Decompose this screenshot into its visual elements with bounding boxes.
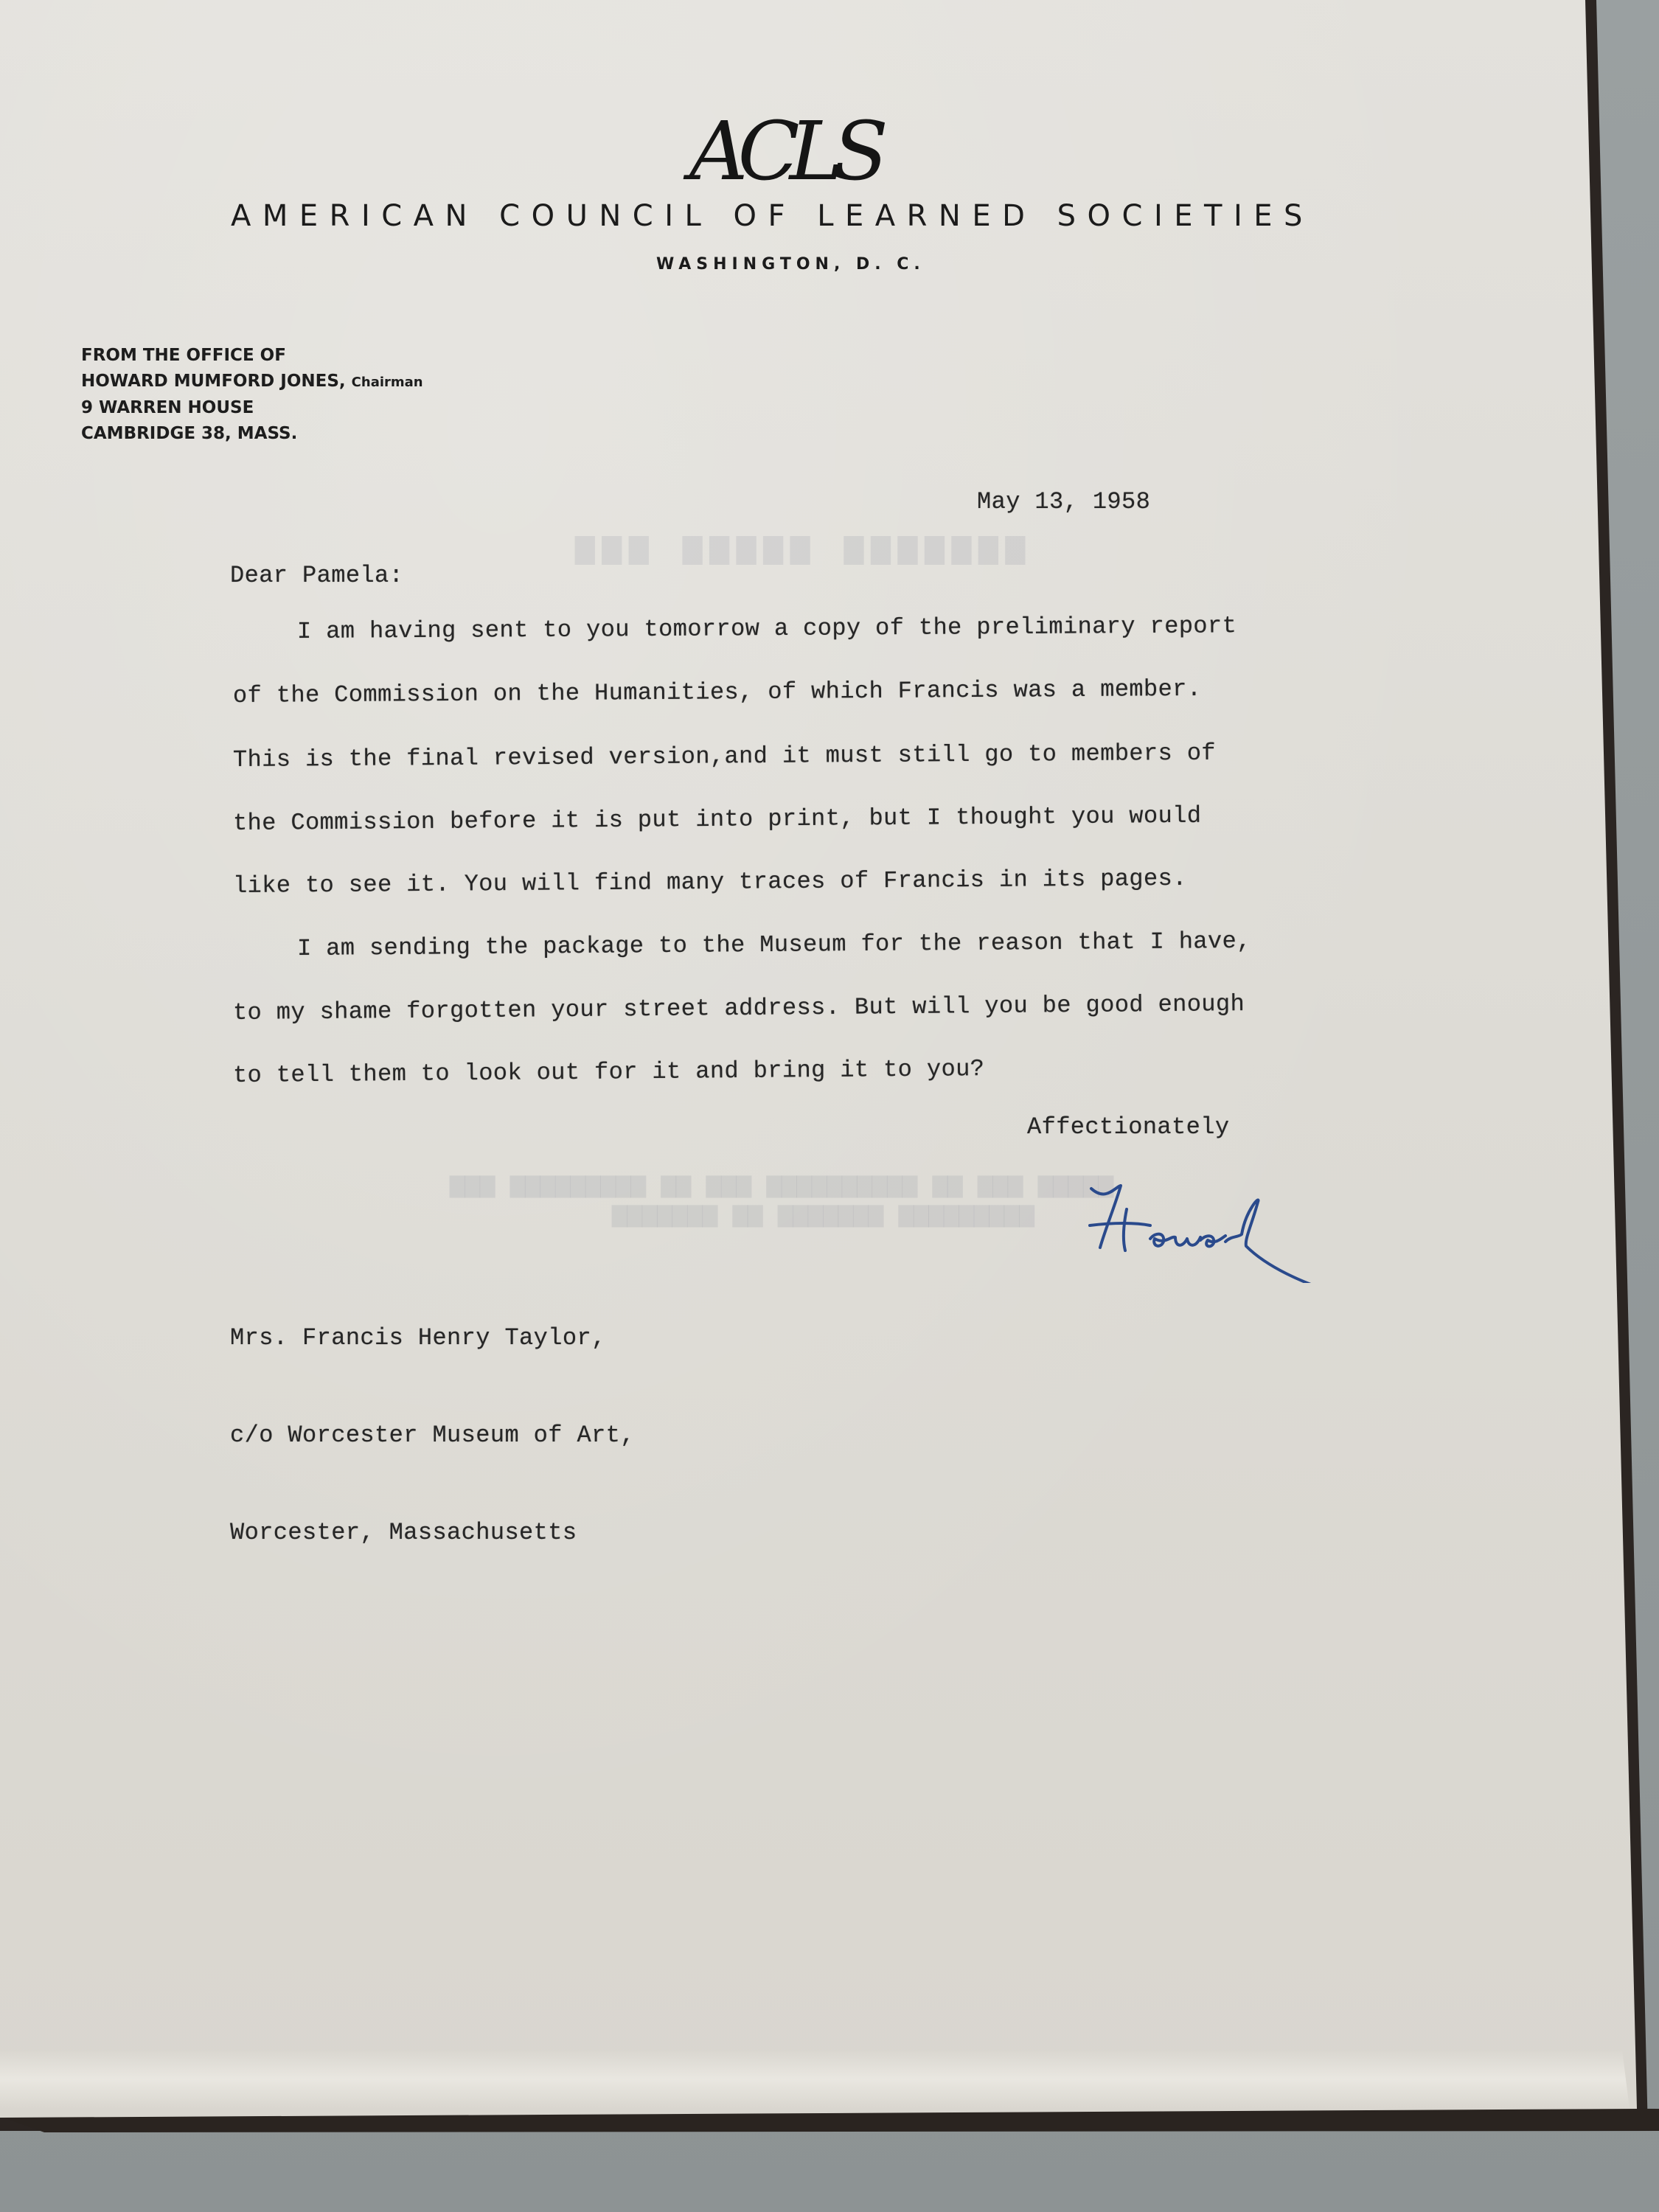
recipient-line: Mrs. Francis Henry Taylor, (230, 1322, 635, 1354)
organization-name: AMERICAN COUNCIL OF LEARNED SOCIETIES (231, 199, 1366, 233)
recipient-line: Worcester, Massachusetts (230, 1517, 635, 1549)
letter-date: May 13, 1958 (977, 488, 1150, 515)
recipient-address: Mrs. Francis Henry Taylor, c/o Worcester… (230, 1257, 635, 1582)
bleed-through: ▆▆▆ ▆▆▆▆▆▆▆▆▆ ▆▆ ▆▆▆ ▆▆▆▆▆▆▆▆▆▆ ▆▆ ▆▆▆ ▆… (450, 1169, 1113, 1200)
recipient-line: c/o Worcester Museum of Art, (230, 1419, 635, 1452)
sender-office-line: FROM THE OFFICE OF (81, 343, 423, 369)
salutation: Dear Pamela: (230, 562, 403, 589)
paper-fold-edge (0, 2050, 1659, 2109)
closing: Affectionately (1027, 1113, 1229, 1141)
bleed-through: ▆▆▆ ▆▆▆▆▆ ▆▆▆▆▆▆▆ (575, 527, 1032, 567)
sender-block: FROM THE OFFICE OF HOWARD MUMFORD JONES,… (81, 343, 423, 447)
handwritten-signature (1084, 1180, 1394, 1283)
sender-name-line: HOWARD MUMFORD JONES, Chairman (81, 369, 423, 395)
sender-title: Chairman (352, 375, 423, 390)
organization-location: WASHINGTON, D. C. (656, 255, 951, 274)
sender-address-line: 9 WARREN HOUSE (81, 395, 423, 421)
sender-city-line: CAMBRIDGE 38, MASS. (81, 421, 423, 447)
acls-logo: ACLS (689, 107, 911, 195)
bleed-through: ▆▆▆▆▆▆▆ ▆▆ ▆▆▆▆▆▆▆ ▆▆▆▆▆▆▆▆▆ (612, 1198, 1034, 1229)
sender-name: HOWARD MUMFORD JONES, (81, 372, 346, 391)
body-line: I am having sent to you tomorrow a copy … (297, 612, 1237, 645)
